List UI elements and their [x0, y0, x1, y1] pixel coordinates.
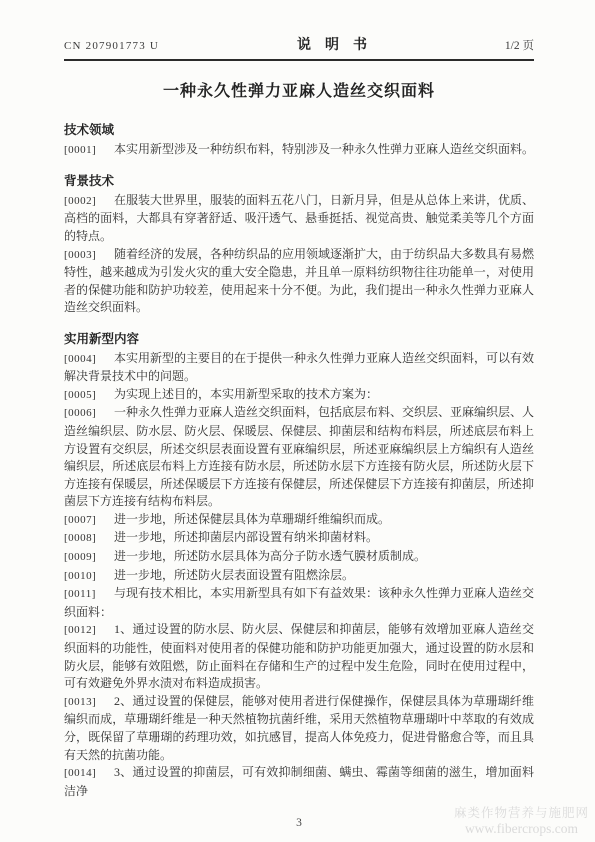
patent-specification-page: CN 207901773 U 说明书 1/2 页 一种永久性弹力亚麻人造丝交织面… [0, 0, 595, 842]
paragraph-0011: [0011]与现有技术相比，本实用新型具有如下有益效果：该种永久性弹力亚麻人造丝… [64, 585, 534, 621]
section-utility-model-content: 实用新型内容 [0004]本实用新型的主要目的在于提供一种永久性弹力亚麻人造丝交… [64, 331, 534, 800]
section-heading: 背景技术 [64, 173, 534, 191]
paragraph-0008: [0008]进一步地，所述抑菌层内部设置有纳米抑菌材料。 [64, 529, 534, 548]
paragraph-number: [0005] [64, 387, 114, 405]
paragraph-number: [0010] [64, 568, 114, 586]
watermark: 麻类作物营养与施肥网 www.fibercrops.com [454, 806, 589, 836]
paragraph-text: 1、通过设置的防水层、防火层、保健层和抑菌层，能够有效增加亚麻人造丝交织面料的功… [64, 622, 534, 690]
paragraph-number: [0006] [64, 405, 114, 423]
paragraph-text: 进一步地，所述防火层表面设置有阻燃涂层。 [114, 568, 354, 582]
paragraph-0013: [0013]2、通过设置的保健层，能够对使用者进行保健操作，保健层具体为草珊瑚纤… [64, 693, 534, 764]
paragraph-number: [0008] [64, 530, 114, 548]
paragraph-number: [0014] [64, 765, 114, 783]
watermark-site-name: 麻类作物营养与施肥网 [454, 806, 589, 821]
paragraph-number: [0002] [64, 193, 114, 211]
paragraph-text: 本实用新型涉及一种纺织布料，特别涉及一种永久性弹力亚麻人造丝交织面料。 [114, 142, 534, 156]
paragraph-number: [0001] [64, 142, 114, 160]
paragraph-text: 本实用新型的主要目的在于提供一种永久性弹力亚麻人造丝交织面料，可以有效解决背景技… [64, 351, 534, 384]
paragraph-text: 与现有技术相比，本实用新型具有如下有益效果：该种永久性弹力亚麻人造丝交织面料： [64, 586, 534, 619]
section-technical-field: 技术领域 [0001]本实用新型涉及一种纺织布料，特别涉及一种永久性弹力亚麻人造… [64, 122, 534, 159]
paragraph-number: [0009] [64, 549, 114, 567]
paragraph-number: [0007] [64, 512, 114, 530]
paragraph-text: 一种永久性弹力亚麻人造丝交织面料，包括底层布料、交织层、亚麻编织层、人造丝编织层… [64, 405, 534, 508]
header-divider [64, 59, 534, 61]
paragraph-text: 进一步地，所述抑菌层内部设置有纳米抑菌材料。 [114, 530, 378, 544]
document-number: CN 207901773 U [64, 40, 159, 52]
section-background-art: 背景技术 [0002]在服装大世界里，服装的面料五花八门，日新月异，但是从总体上… [64, 173, 534, 317]
paragraph-0003: [0003]随着经济的发展，各种纺织品的应用领域逐渐扩大，由于纺织品大多数具有易… [64, 246, 534, 317]
invention-title: 一种永久性弹力亚麻人造丝交织面料 [64, 78, 534, 101]
paragraph-text: 3、通过设置的抑菌层，可有效抑制细菌、螨虫、霉菌等细菌的滋生，增加面料洁净 [64, 765, 534, 798]
paragraph-number: [0011] [64, 586, 114, 604]
section-heading: 实用新型内容 [64, 331, 534, 349]
paragraph-text: 随着经济的发展，各种纺织品的应用领域逐渐扩大，由于纺织品大多数具有易燃特性，越来… [64, 247, 534, 315]
paragraph-0007: [0007]进一步地，所述保健层具体为草珊瑚纤维编织而成。 [64, 511, 534, 530]
paragraph-number: [0012] [64, 622, 114, 640]
paragraph-text: 为实现上述目的，本实用新型采取的技术方案为： [114, 387, 378, 401]
sheet-indicator: 1/2 页 [505, 37, 534, 53]
paragraph-0014: [0014]3、通过设置的抑菌层，可有效抑制细菌、螨虫、霉菌等细菌的滋生，增加面… [64, 764, 534, 800]
section-heading: 技术领域 [64, 122, 534, 140]
paragraph-0002: [0002]在服装大世界里，服装的面料五花八门，日新月异，但是从总体上来讲，优质… [64, 192, 534, 246]
paragraph-0009: [0009]进一步地，所述防水层具体为高分子防水透气膜材质制成。 [64, 548, 534, 567]
paragraph-0006: [0006]一种永久性弹力亚麻人造丝交织面料，包括底层布料、交织层、亚麻编织层、… [64, 404, 534, 511]
paragraph-0004: [0004]本实用新型的主要目的在于提供一种永久性弹力亚麻人造丝交织面料，可以有… [64, 350, 534, 386]
paragraph-number: [0013] [64, 694, 114, 712]
paragraph-text: 进一步地，所述保健层具体为草珊瑚纤维编织而成。 [114, 512, 390, 526]
paragraph-0001: [0001]本实用新型涉及一种纺织布料，特别涉及一种永久性弹力亚麻人造丝交织面料… [64, 141, 534, 160]
paragraph-0005: [0005]为实现上述目的，本实用新型采取的技术方案为： [64, 386, 534, 405]
paragraph-text: 进一步地，所述防水层具体为高分子防水透气膜材质制成。 [114, 549, 426, 563]
paragraph-text: 2、通过设置的保健层，能够对使用者进行保健操作，保健层具体为草珊瑚纤维编织而成，… [64, 694, 534, 762]
paragraph-0010: [0010]进一步地，所述防火层表面设置有阻燃涂层。 [64, 567, 534, 586]
paragraph-number: [0004] [64, 351, 114, 369]
paragraph-text: 在服装大世界里，服装的面料五花八门，日新月异，但是从总体上来讲，优质、高档的面料… [64, 193, 534, 243]
page-header: CN 207901773 U 说明书 1/2 页 [64, 34, 534, 54]
document-type-label: 说明书 [297, 34, 381, 54]
watermark-site-url: www.fibercrops.com [454, 821, 589, 836]
paragraph-0012: [0012]1、通过设置的防水层、防火层、保健层和抑菌层，能够有效增加亚麻人造丝… [64, 621, 534, 692]
paragraph-number: [0003] [64, 247, 114, 265]
